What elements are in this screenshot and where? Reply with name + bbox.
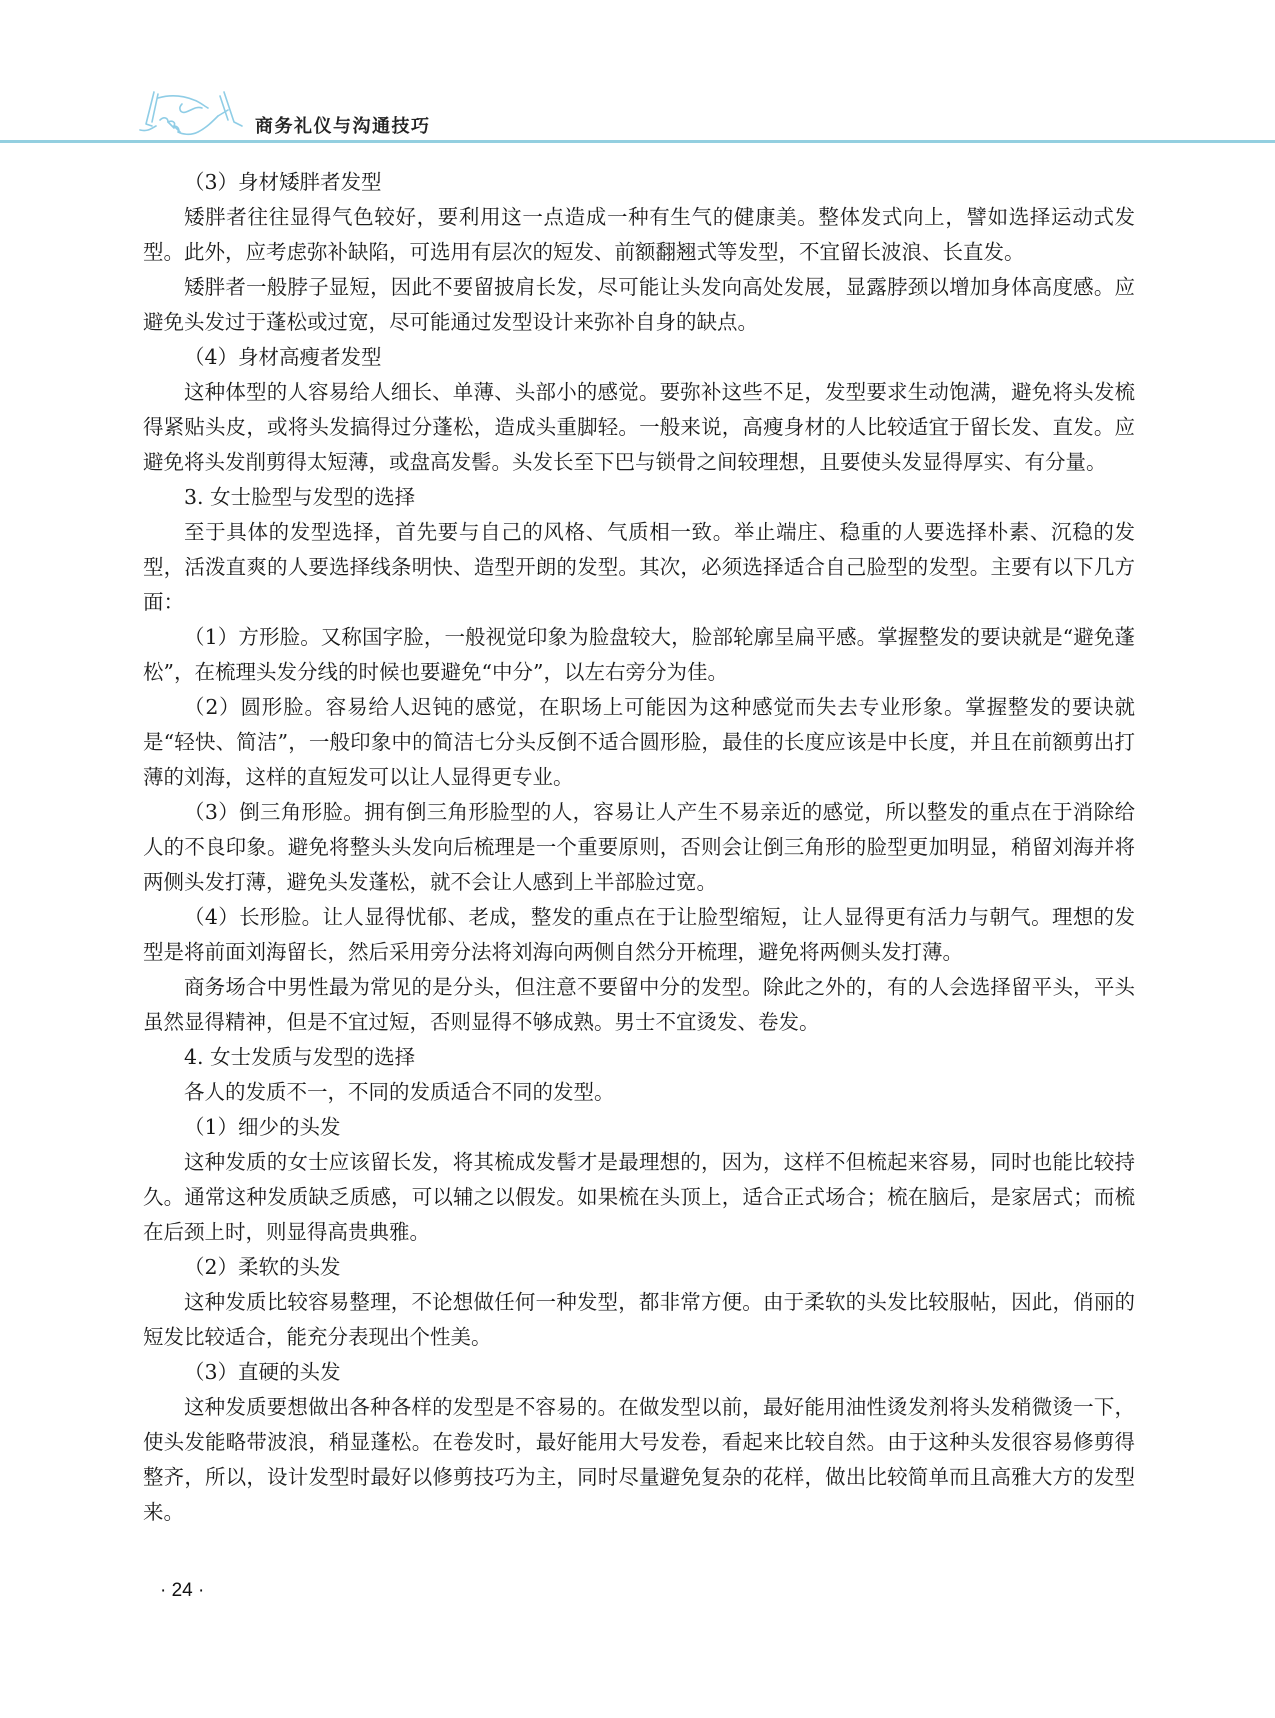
paragraph-round-face: （2）圆形脸。容易给人迟钝的感觉，在职场上可能因为这种感觉而失去专业形象。掌握整… bbox=[143, 690, 1135, 795]
subheading-soft-hair: （2）柔软的头发 bbox=[143, 1250, 1135, 1285]
paragraph: 矮胖者往往显得气色较好，要利用这一点造成一种有生气的健康美。整体发式向上，譬如选… bbox=[143, 200, 1135, 270]
page-body: （3）身材矮胖者发型 矮胖者往往显得气色较好，要利用这一点造成一种有生气的健康美… bbox=[143, 165, 1135, 1530]
header-divider bbox=[0, 140, 1275, 143]
subheading-stiff-hair: （3）直硬的头发 bbox=[143, 1355, 1135, 1390]
paragraph: 各人的发质不一，不同的发质适合不同的发型。 bbox=[143, 1075, 1135, 1110]
subheading-thin-hair: （1）细少的头发 bbox=[143, 1110, 1135, 1145]
paragraph: 这种发质比较容易整理，不论想做任何一种发型，都非常方便。由于柔软的头发比较服帖，… bbox=[143, 1285, 1135, 1355]
section-heading-face-shape: 3. 女士脸型与发型的选择 bbox=[143, 480, 1135, 515]
paragraph: 这种发质要想做出各种各样的发型是不容易的。在做发型以前，最好能用油性烫发剂将头发… bbox=[143, 1390, 1135, 1530]
paragraph-inverted-triangle-face: （3）倒三角形脸。拥有倒三角形脸型的人，容易让人产生不易亲近的感觉，所以整发的重… bbox=[143, 795, 1135, 900]
paragraph: 这种发质的女士应该留长发，将其梳成发髻才是最理想的，因为，这样不但梳起来容易，同… bbox=[143, 1145, 1135, 1250]
subheading-short-stout: （3）身材矮胖者发型 bbox=[143, 165, 1135, 200]
section-heading-hair-quality: 4. 女士发质与发型的选择 bbox=[143, 1040, 1135, 1075]
page-header: 商务礼仪与沟通技巧 bbox=[0, 0, 1275, 145]
paragraph: 至于具体的发型选择，首先要与自己的风格、气质相一致。举止端庄、稳重的人要选择朴素… bbox=[143, 515, 1135, 620]
paragraph-long-face: （4）长形脸。让人显得忧郁、老成，整发的重点在于让脸型缩短，让人显得更有活力与朝… bbox=[143, 900, 1135, 970]
paragraph-men-hairstyle: 商务场合中男性最为常见的是分头，但注意不要留中分的发型。除此之外的，有的人会选择… bbox=[143, 970, 1135, 1040]
book-title: 商务礼仪与沟通技巧 bbox=[255, 112, 431, 138]
paragraph: 这种体型的人容易给人细长、单薄、头部小的感觉。要弥补这些不足，发型要求生动饱满，… bbox=[143, 375, 1135, 480]
subheading-tall-thin: （4）身材高瘦者发型 bbox=[143, 340, 1135, 375]
handshake-icon bbox=[138, 86, 244, 138]
page-number: · 24 · bbox=[160, 1580, 204, 1602]
paragraph-square-face: （1）方形脸。又称国字脸，一般视觉印象为脸盘较大，脸部轮廓呈扁平感。掌握整发的要… bbox=[143, 620, 1135, 690]
paragraph: 矮胖者一般脖子显短，因此不要留披肩长发，尽可能让头发向高处发展，显露脖颈以增加身… bbox=[143, 270, 1135, 340]
